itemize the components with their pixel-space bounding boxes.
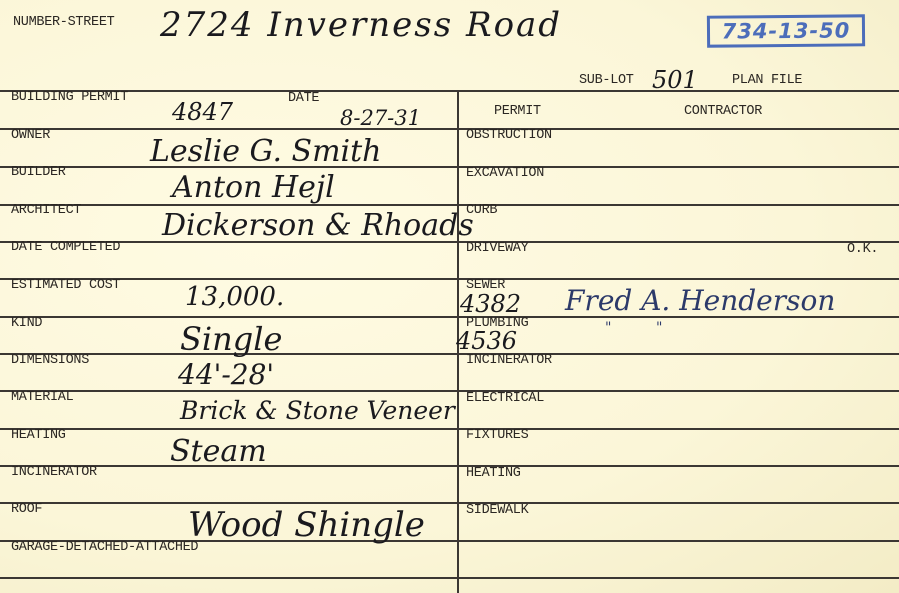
sidewalk-label: SIDEWALK	[466, 503, 528, 518]
date-completed-label: DATE COMPLETED	[11, 240, 120, 255]
contractor-column-header: CONTRACTOR	[684, 104, 762, 119]
roof-label: ROOF	[11, 502, 42, 517]
heating-label: HEATING	[11, 428, 66, 443]
garage-label: GARAGE-DETACHED-ATTACHED	[11, 540, 198, 555]
fixtures-label: FIXTURES	[466, 428, 528, 443]
record-number-stamp: 734-13-50	[707, 14, 865, 47]
estimated-cost-label: ESTIMATED COST	[11, 278, 120, 293]
number-street-value: 2724 Inverness Road	[160, 5, 562, 45]
building-permit-value: 4847	[172, 98, 233, 126]
architect-label: ARCHITECT	[11, 203, 81, 218]
heating-permit-label: HEATING	[466, 466, 521, 481]
plan-file-label: PLAN FILE	[732, 73, 802, 88]
sewer-contractor-value: Fred A. Henderson	[565, 284, 835, 317]
permit-column-header: PERMIT	[494, 104, 541, 119]
sewer-permit-value: 4382	[460, 290, 521, 318]
curb-label: CURB	[466, 203, 497, 218]
driveway-label: DRIVEWAY	[466, 241, 528, 256]
driveway-note: O.K.	[847, 242, 878, 257]
material-value: Brick & Stone Veneer	[180, 396, 455, 425]
incinerator-permit-label: INCINERATOR	[466, 353, 552, 368]
date-value: 8-27-31	[340, 106, 421, 130]
heating-value: Steam	[170, 434, 267, 469]
architect-value: Dickerson & Rhoads	[162, 208, 474, 243]
plumbing-contractor-ditto: " "	[605, 320, 662, 336]
permit-card: NUMBER-STREET 2724 Inverness Road 734-13…	[0, 0, 899, 593]
sub-lot-label: SUB-LOT	[579, 73, 634, 88]
kind-value: Single	[180, 320, 282, 358]
builder-label: BUILDER	[11, 165, 66, 180]
owner-value: Leslie G. Smith	[150, 134, 382, 169]
owner-label: OWNER	[11, 128, 50, 143]
building-permit-label: BUILDING PERMIT	[11, 90, 128, 105]
dimensions-value: 44'-28'	[178, 358, 274, 391]
builder-value: Anton Hejl	[172, 170, 335, 205]
material-label: MATERIAL	[11, 390, 73, 405]
excavation-label: EXCAVATION	[466, 166, 544, 181]
roof-value: Wood Shingle	[188, 505, 425, 545]
incinerator-label: INCINERATOR	[11, 465, 97, 480]
estimated-cost-value: 13,000.	[185, 282, 284, 312]
plumbing-permit-value: 4536	[456, 327, 517, 355]
kind-label: KIND	[11, 316, 42, 331]
date-label: DATE	[288, 91, 319, 106]
electrical-label: ELECTRICAL	[466, 391, 544, 406]
dimensions-label: DIMENSIONS	[11, 353, 89, 368]
obstruction-label: OBSTRUCTION	[466, 128, 552, 143]
number-street-label: NUMBER-STREET	[13, 15, 114, 30]
